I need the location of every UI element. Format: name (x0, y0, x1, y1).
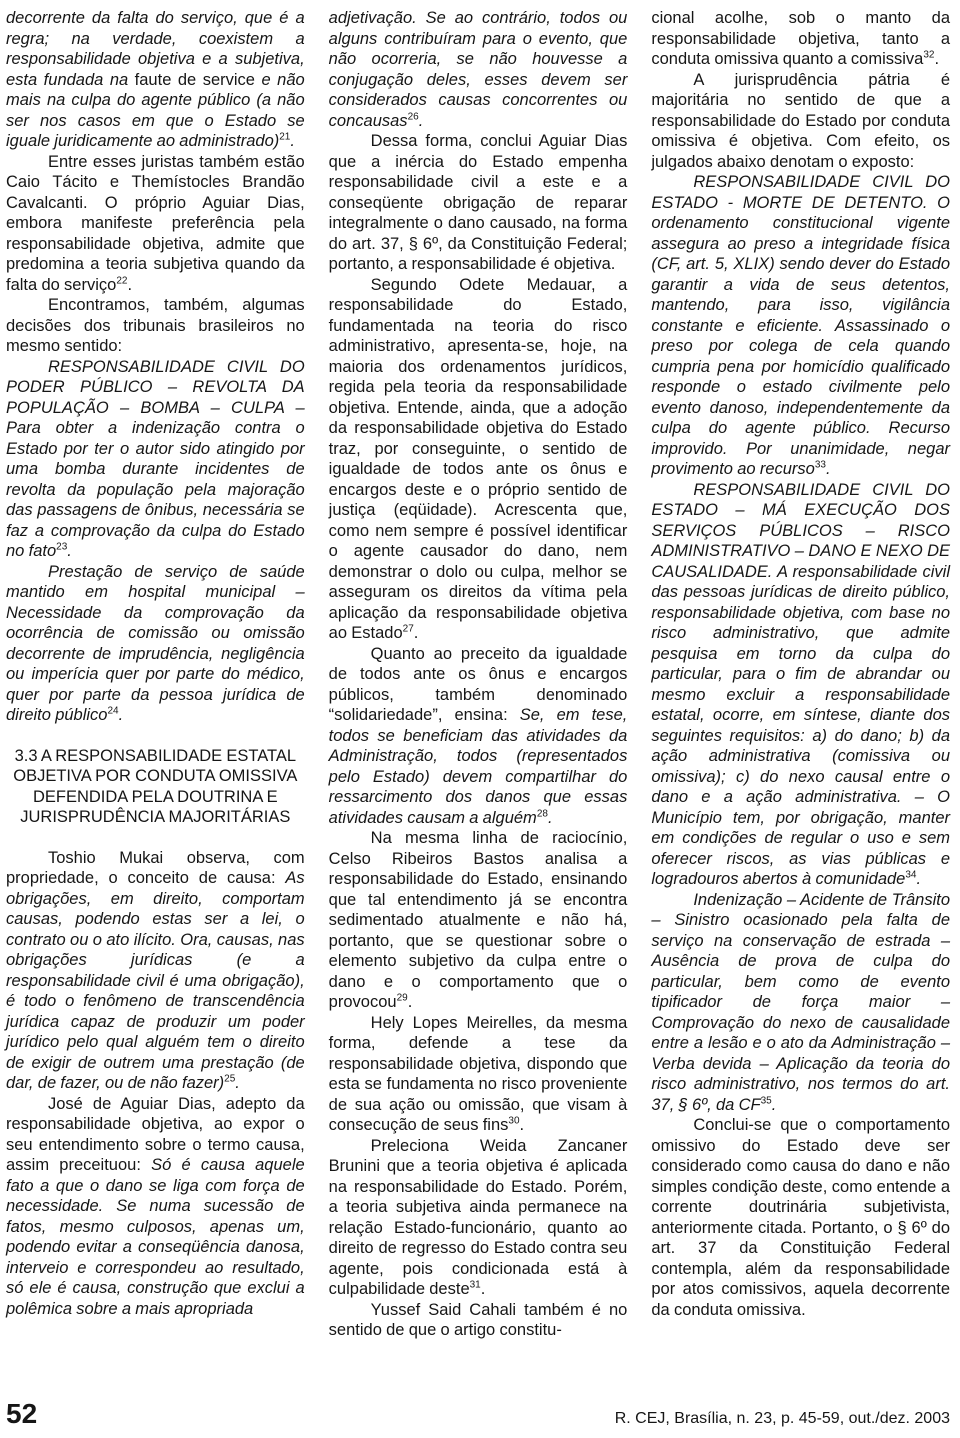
text-run: RESPONSABILIDADE CIVIL DO PODER PÚBLICO … (6, 358, 305, 561)
text-run: Preleciona Weida Zancaner Brunini que a … (329, 1137, 628, 1299)
text-run-quote: Só é causa aquele fato a que o dano se l… (6, 1156, 305, 1318)
paragraph: Conclui-se que o comportamento omissivo … (651, 1115, 950, 1320)
text-run: RESPONSABILIDADE CIVIL DO ESTADO – MÁ EX… (651, 481, 950, 889)
paragraph: Hely Lopes Meirelles, da mesma forma, de… (329, 1013, 628, 1136)
footnote-ref: 24 (107, 706, 118, 717)
text-run: . (934, 50, 939, 68)
column-1: decorrente da falta do serviço, que é a … (6, 8, 305, 1341)
footnote-ref: 34 (905, 870, 916, 881)
footnote-ref: 29 (397, 993, 408, 1004)
text-run: Conclui-se que o comportamento omissivo … (651, 1116, 950, 1319)
document-page: decorrente da falta do serviço, que é a … (0, 0, 960, 1438)
text-run: RESPONSABILIDADE CIVIL DO ESTADO - MORTE… (651, 173, 950, 478)
text-run: . (235, 1074, 240, 1092)
text-run: . (548, 809, 553, 827)
text-run: . (419, 112, 424, 130)
footnote-ref: 31 (470, 1280, 481, 1291)
footnote-ref: 33 (815, 460, 826, 471)
page-footer: 52 R. CEJ, Brasília, n. 23, p. 45-59, ou… (6, 1400, 950, 1428)
text-run: Segundo Odete Medauar, a responsabilidad… (329, 276, 628, 643)
text-run: . (290, 132, 295, 150)
paragraph-quote-continuation: decorrente da falta do serviço, que é a … (6, 8, 305, 152)
footnote-ref: 25 (224, 1074, 235, 1085)
column-2: adjetivação. Se ao contrário, todos ou a… (329, 8, 628, 1341)
page-number: 52 (6, 1400, 37, 1428)
text-run: Entre esses juristas também estão Caio T… (6, 153, 305, 294)
footnote-ref: 35 (761, 1095, 772, 1106)
journal-reference: R. CEJ, Brasília, n. 23, p. 45-59, out./… (615, 1410, 950, 1428)
footnote-ref: 26 (408, 111, 419, 122)
paragraph: Preleciona Weida Zancaner Brunini que a … (329, 1136, 628, 1300)
text-run: . (772, 1096, 777, 1114)
text-run: adjetivação. Se ao contrário, todos ou a… (329, 9, 628, 130)
text-run-quote: As obrigações, em direito, comportam cau… (6, 869, 305, 1092)
footnote-ref: 28 (537, 808, 548, 819)
paragraph: Quanto ao preceito da igualdade de todos… (329, 644, 628, 829)
section-heading: 3.3 A RESPONSABILIDADE ESTATAL OBJETIVA … (6, 746, 305, 828)
text-run: . (520, 1116, 525, 1134)
paragraph: Na mesma linha de raciocínio, Celso Ribe… (329, 828, 628, 1013)
text-run: . (414, 624, 419, 642)
footnote-ref: 21 (279, 132, 290, 143)
paragraph-case-quote: Indenização – Acidente de Trânsito – Sin… (651, 890, 950, 1116)
footnote-ref: 32 (923, 50, 934, 61)
paragraph: Segundo Odete Medauar, a responsabilidad… (329, 275, 628, 644)
paragraph-quote-continuation: adjetivação. Se ao contrário, todos ou a… (329, 8, 628, 131)
text-run: Dessa forma, conclui Aguiar Dias que a i… (329, 132, 628, 273)
paragraph: Toshio Mukai observa, com propriedade, o… (6, 848, 305, 1094)
footnote-ref: 22 (116, 275, 127, 286)
paragraph: José de Aguiar Dias, adepto da responsab… (6, 1094, 305, 1320)
text-columns: decorrente da falta do serviço, que é a … (6, 8, 950, 1341)
text-run: . (826, 460, 831, 478)
paragraph-case-quote: RESPONSABILIDADE CIVIL DO ESTADO – MÁ EX… (651, 480, 950, 890)
text-run-quote: Se, em tese, todos se beneficiam das ati… (329, 706, 628, 827)
paragraph: Dessa forma, conclui Aguiar Dias que a i… (329, 131, 628, 275)
footnote-ref: 30 (508, 1116, 519, 1127)
text-run: Toshio Mukai observa, com propriedade, o… (6, 849, 305, 888)
text-run: . (408, 993, 413, 1011)
text-run: Prestação de serviço de saúde mantido em… (6, 563, 305, 725)
paragraph-case-quote: RESPONSABILIDADE CIVIL DO PODER PÚBLICO … (6, 357, 305, 562)
text-run: Encontramos, também, algumas decisões do… (6, 296, 305, 355)
paragraph: Entre esses juristas também estão Caio T… (6, 152, 305, 296)
text-run: A jurisprudência pátria é majoritária no… (651, 71, 950, 171)
paragraph: Encontramos, também, algumas decisões do… (6, 295, 305, 357)
paragraph-case-quote: Prestação de serviço de saúde mantido em… (6, 562, 305, 726)
footnote-ref: 27 (403, 624, 414, 635)
paragraph-case-quote: RESPONSABILIDADE CIVIL DO ESTADO - MORTE… (651, 172, 950, 480)
text-run: Hely Lopes Meirelles, da mesma forma, de… (329, 1014, 628, 1135)
text-run: . (481, 1280, 486, 1298)
text-run: . (119, 706, 124, 724)
column-3: cional acolhe, sob o manto da responsabi… (651, 8, 950, 1341)
text-run: Na mesma linha de raciocínio, Celso Ribe… (329, 829, 628, 1011)
text-run: Yussef Said Cahali também é no sentido d… (329, 1301, 628, 1340)
paragraph: Yussef Said Cahali também é no sentido d… (329, 1300, 628, 1341)
footnote-ref: 23 (56, 542, 67, 553)
text-run: cional acolhe, sob o manto da responsabi… (651, 9, 950, 68)
paragraph-continuation: cional acolhe, sob o manto da responsabi… (651, 8, 950, 70)
text-run: . (127, 276, 132, 294)
paragraph: A jurisprudência pátria é majoritária no… (651, 70, 950, 173)
text-run: . (67, 542, 72, 560)
text-run-foreign-term: faute de service (135, 71, 255, 89)
text-run: . (916, 870, 921, 888)
text-run: Indenização – Acidente de Trânsito – Sin… (651, 891, 950, 1114)
